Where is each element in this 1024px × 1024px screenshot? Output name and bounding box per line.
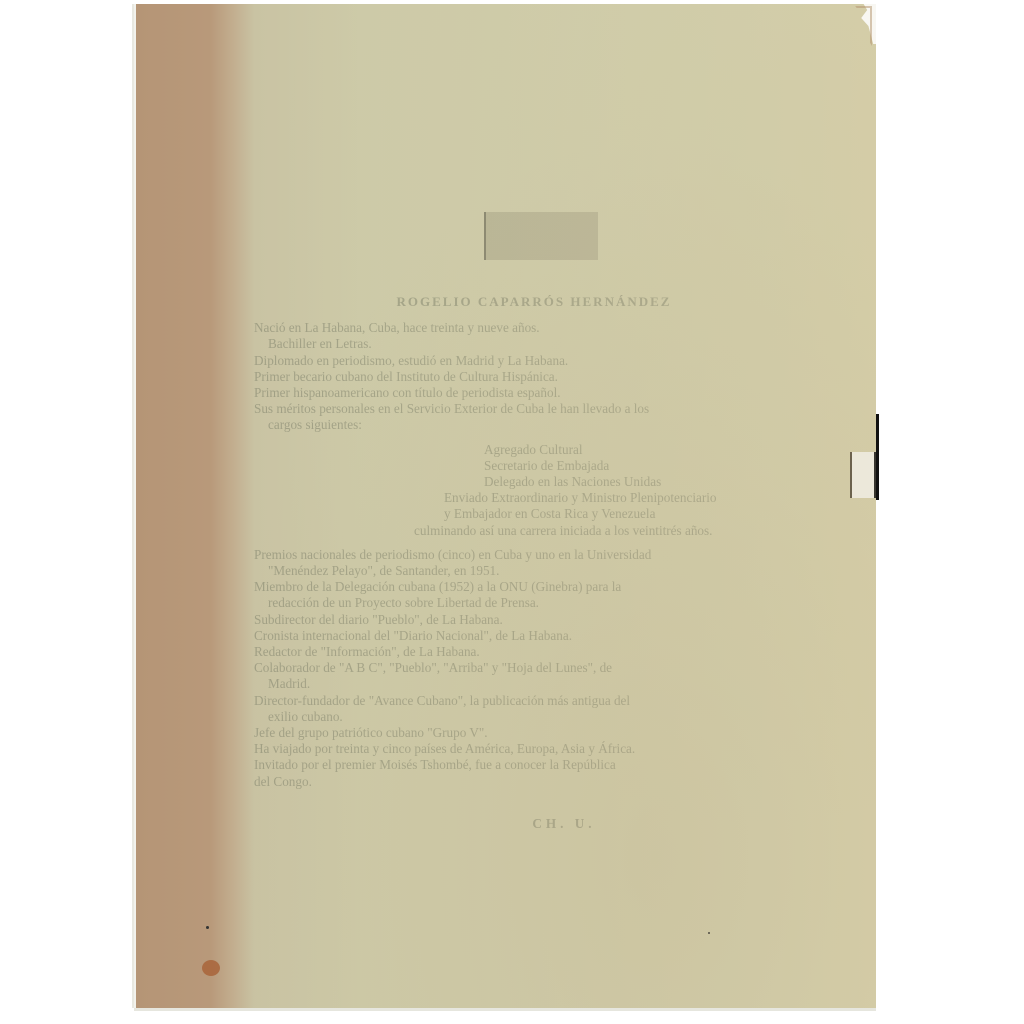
bio-line: "Menéndez Pelayo", de Santander, en 1951… xyxy=(254,563,834,579)
bio-line: Primer hispanoamericano con título de pe… xyxy=(254,385,834,401)
bio-line: Sus méritos personales en el Servicio Ex… xyxy=(254,401,834,417)
document-page: ROGELIO CAPARRÓS HERNÁNDEZ Nació en La H… xyxy=(134,4,876,1008)
position-item: Secretario de Embajada xyxy=(254,458,834,474)
photo-bleedthrough xyxy=(484,212,598,260)
bio-line: Cronista internacional del "Diario Nacio… xyxy=(254,628,834,644)
ink-speck xyxy=(708,932,710,934)
bio-line: exilio cubano. xyxy=(254,709,834,725)
bio-line: del Congo. xyxy=(254,774,834,790)
bio-line: Subdirector del diario "Pueblo", de La H… xyxy=(254,612,834,628)
binding-edge xyxy=(876,414,879,500)
bio-line: cargos siguientes: xyxy=(254,417,834,433)
bio-line: Diplomado en periodismo, estudió en Madr… xyxy=(254,353,834,369)
bio-line: Nació en La Habana, Cuba, hace treinta y… xyxy=(254,320,834,336)
bio-text-bleedthrough: ROGELIO CAPARRÓS HERNÁNDEZ Nació en La H… xyxy=(254,294,834,832)
signature-initials: CH. U. xyxy=(254,816,834,832)
position-item: Enviado Extraordinario y Ministro Plenip… xyxy=(254,490,834,506)
bio-line: Premios nacionales de periodismo (cinco)… xyxy=(254,547,834,563)
bio-line: Jefe del grupo patriótico cubano "Grupo … xyxy=(254,725,834,741)
binding-staple xyxy=(850,452,877,498)
position-item: Delegado en las Naciones Unidas xyxy=(254,474,834,490)
bio-line: Miembro de la Delegación cubana (1952) a… xyxy=(254,579,834,595)
position-item: Agregado Cultural xyxy=(254,442,834,458)
position-item: y Embajador en Costa Rica y Venezuela xyxy=(254,506,834,522)
bio-line: Bachiller en Letras. xyxy=(254,336,834,352)
bio-line: Madrid. xyxy=(254,676,834,692)
bio-line: Ha viajado por treinta y cinco países de… xyxy=(254,741,834,757)
bio-title: ROGELIO CAPARRÓS HERNÁNDEZ xyxy=(384,294,684,310)
rust-stain xyxy=(202,960,220,976)
bio-line: Redactor de "Información", de La Habana. xyxy=(254,644,834,660)
bio-line: Invitado por el premier Moisés Tshombé, … xyxy=(254,757,834,773)
corner-stain xyxy=(844,6,872,46)
ink-speck xyxy=(206,926,209,929)
bio-line: Director-fundador de "Avance Cubano", la… xyxy=(254,693,834,709)
bio-line: Colaborador de "A B C", "Pueblo", "Arrib… xyxy=(254,660,834,676)
bio-line: redacción de un Proyecto sobre Libertad … xyxy=(254,595,834,611)
positions-footer: culminando así una carrera iniciada a lo… xyxy=(254,523,834,539)
bio-line: Primer becario cubano del Instituto de C… xyxy=(254,369,834,385)
